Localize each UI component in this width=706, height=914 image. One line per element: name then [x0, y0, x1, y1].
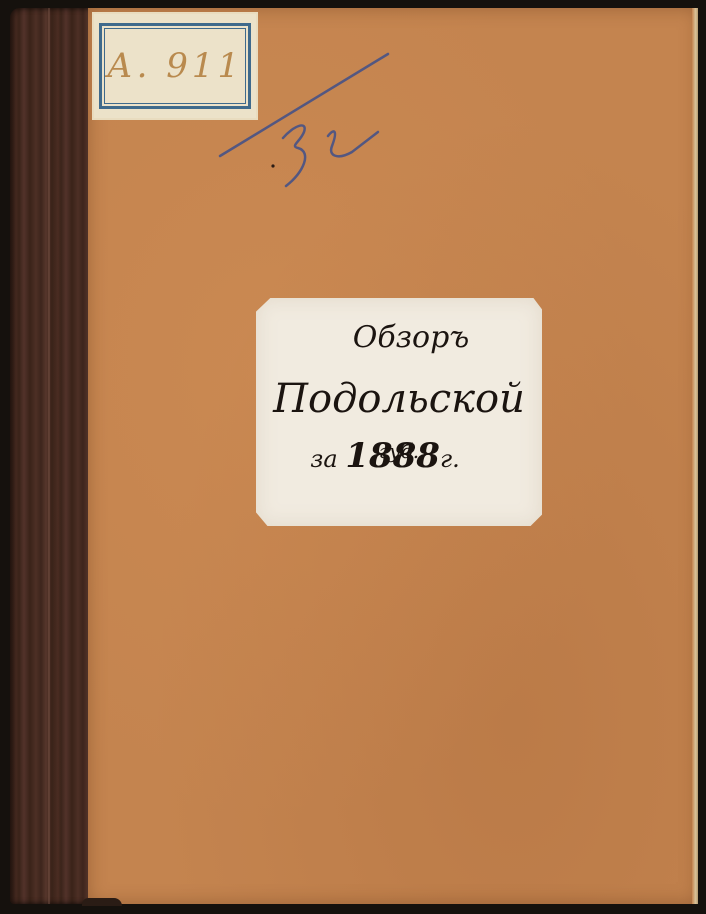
pencil-number: 32 — [358, 187, 360, 189]
book-cover: А. 911 32 Обзоръ Подольской губ. за 1888… — [88, 8, 698, 904]
title-label: Обзоръ Подольской губ. за 1888г. — [256, 298, 542, 526]
page-edge — [692, 8, 698, 904]
title-line-1: Обзоръ — [268, 320, 554, 355]
year-prefix: за — [310, 445, 337, 473]
title-line-3: за 1888г. — [242, 436, 528, 476]
book: А. 911 32 Обзоръ Подольской губ. за 1888… — [6, 6, 700, 906]
year-value: 1888 — [345, 436, 440, 476]
spine-highlight — [48, 8, 50, 904]
province-name: Подольской — [273, 376, 525, 422]
bookplate-frame: А. 911 — [99, 23, 251, 109]
book-spine — [10, 8, 94, 904]
bookplate-shelfmark: А. 911 — [107, 46, 243, 86]
bookplate-label: А. 911 — [94, 14, 256, 118]
cover-tear — [82, 898, 122, 906]
year-suffix: г. — [440, 445, 460, 473]
